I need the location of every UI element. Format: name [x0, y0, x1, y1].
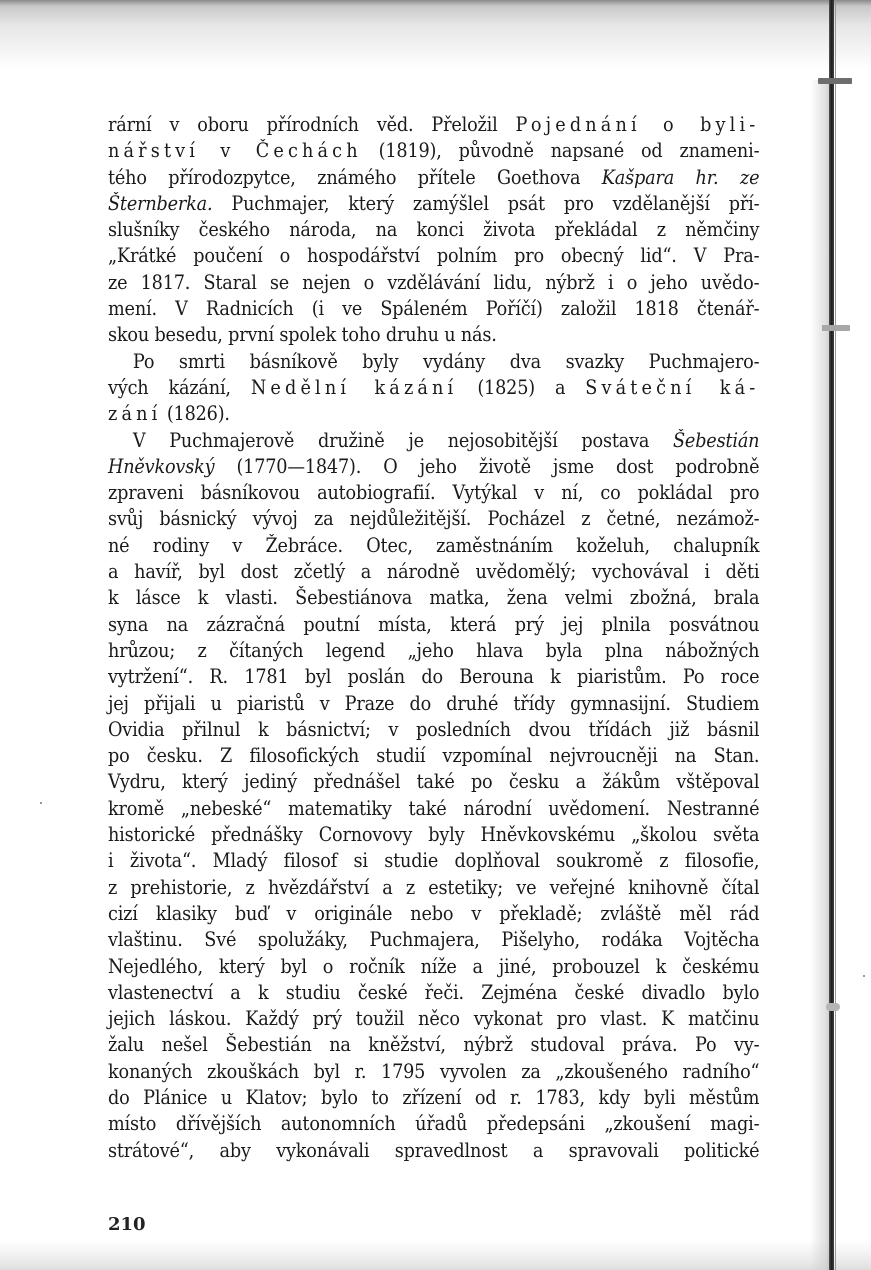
text-segment: (1826).	[161, 402, 229, 425]
scan-top-shadow	[0, 0, 871, 70]
text-line: né rodiny v Žebráce. Otec, zaměstnáním k…	[108, 533, 759, 559]
binding-staple-top	[818, 78, 852, 84]
text-segment: žalu nešel Šebestián na kněžství, nýbrž …	[108, 1033, 759, 1056]
text-segment: strátové“, aby vykonávali spravedlnost a…	[108, 1139, 759, 1162]
text-line: syna na zázračná poutní místa, která prý…	[108, 612, 759, 638]
italic-text-segment: Šternberka.	[108, 192, 212, 215]
text-segment: Po smrti básníkově byly vydány dva svazk…	[133, 350, 760, 373]
text-segment: Puchmajer, který zamýšlel psát pro vzděl…	[212, 192, 759, 215]
text-segment: „Krátké poučení o hospodářství polním pr…	[108, 244, 759, 267]
text-line: Nejedlého, který byl o ročník níže a jin…	[108, 954, 759, 980]
text-segment: svůj básnický vývoj za nejdůležitější. P…	[108, 507, 759, 530]
text-segment: V Puchmajerově družině je nejosobitější …	[133, 429, 673, 452]
italic-text-segment: Šebestián	[673, 429, 759, 452]
text-segment: cizí klasiky buď v originále nebo v přek…	[108, 902, 759, 925]
text-segment: (1770—1847). O jeho životě jsme dost pod…	[214, 455, 759, 478]
text-line: místo dřívějších autonomních úřadů přede…	[108, 1111, 759, 1137]
text-line: vých kázání, Nedělní kázání (1825) a Svá…	[108, 375, 759, 401]
text-segment: vytržení“. R. 1781 byl poslán do Berouna…	[108, 665, 759, 688]
text-line: kromě „nebeské“ matematiky také národní …	[108, 796, 759, 822]
text-line: zpraveni básníkovou autobiografií. Vytýk…	[108, 480, 759, 506]
text-line: jejich láskou. Každý prý toužil něco vyk…	[108, 1006, 759, 1032]
text-segment: z prehistorie, z hvězdářství a z estetik…	[108, 876, 759, 899]
text-segment: skou besedu, první spolek toho druhu u n…	[108, 323, 497, 346]
text-segment: zpraveni básníkovou autobiografií. Vytýk…	[108, 481, 759, 504]
page-number: 210	[108, 1214, 146, 1235]
text-line: ze 1817. Staral se nejen o vzdělávání li…	[108, 270, 759, 296]
text-segment: mení. V Radnicích (i ve Spáleném Poříčí)…	[108, 297, 759, 320]
scan-speck	[863, 975, 865, 977]
text-segment: Ovidia přilnul k básnictví; v posledních…	[108, 718, 759, 741]
text-line: žalu nešel Šebestián na kněžství, nýbrž …	[108, 1032, 759, 1058]
binding-staple-middle	[822, 325, 850, 331]
text-line: nářství v Čechách (1819), původně napsan…	[108, 138, 759, 164]
text-segment: slušníky českého národa, na konci života…	[108, 218, 759, 241]
text-line: V Puchmajerově družině je nejosobitější …	[108, 428, 759, 454]
spaced-title-segment: Pojednání o byli-	[516, 113, 760, 136]
text-segment: jej přijali u piaristů v Praze do druhé …	[108, 692, 759, 715]
text-segment: po česku. Z filosofických studií vzpomín…	[108, 744, 759, 767]
book-binding-edge-highlight	[835, 0, 836, 1270]
text-segment: do Plánice u Klatov; bylo to zřízení od …	[108, 1086, 759, 1109]
text-line: konaných zkouškách byl r. 1795 vyvolen z…	[108, 1059, 759, 1085]
text-line: Vydru, který jediný přednášel také po če…	[108, 769, 759, 795]
text-line: i života“. Mladý filosof si studie doplň…	[108, 848, 759, 874]
text-segment: kromě „nebeské“ matematiky také národní …	[108, 797, 759, 820]
text-segment: vlaštinu. Své spolužáky, Puchmajera, Piš…	[108, 928, 759, 951]
text-line: z prehistorie, z hvězdářství a z estetik…	[108, 875, 759, 901]
text-segment: i života“. Mladý filosof si studie doplň…	[108, 849, 759, 872]
page-body-text: rární v oboru přírodních věd. Přeložil P…	[108, 112, 760, 1164]
text-line: strátové“, aby vykonávali spravedlnost a…	[108, 1138, 759, 1164]
text-line: vlaštinu. Své spolužáky, Puchmajera, Piš…	[108, 927, 759, 953]
spaced-title-segment: Nedělní kázání	[251, 376, 458, 399]
text-line: do Plánice u Klatov; bylo to zřízení od …	[108, 1085, 759, 1111]
text-segment: místo dřívějších autonomních úřadů přede…	[108, 1112, 759, 1135]
text-segment: vlastenectví a k studiu české řeči. Zejm…	[108, 981, 759, 1004]
book-binding-edge	[829, 0, 834, 1270]
text-line: slušníky českého národa, na konci života…	[108, 217, 759, 243]
text-line: jej přijali u piaristů v Praze do druhé …	[108, 691, 759, 717]
text-segment: Nejedlého, který byl o ročník níže a jin…	[108, 955, 759, 978]
text-line: svůj básnický vývoj za nejdůležitější. P…	[108, 506, 759, 532]
text-segment: a havíř, byl dost zčetlý a národně uvědo…	[108, 560, 759, 583]
italic-text-segment: Hněvkovský	[108, 455, 214, 478]
text-segment: konaných zkouškách byl r. 1795 vyvolen z…	[108, 1060, 759, 1083]
text-segment: Vydru, který jediný přednášel také po če…	[108, 770, 759, 793]
text-segment: (1819), původně napsané od znameni-	[362, 139, 760, 162]
text-line: Šternberka. Puchmajer, který zamýšlel ps…	[108, 191, 759, 217]
text-segment: vých kázání,	[108, 376, 251, 399]
text-segment: rární v oboru přírodních věd. Přeložil	[108, 113, 516, 136]
text-line: skou besedu, první spolek toho druhu u n…	[108, 322, 759, 348]
text-line: k lásce k vlasti. Šebestiánova matka, že…	[108, 585, 759, 611]
italic-text-segment: Kašpara hr. ze	[602, 166, 760, 189]
text-segment: syna na zázračná poutní místa, která prý…	[108, 613, 759, 636]
spaced-title-segment: zání	[108, 402, 161, 425]
text-segment: né rodiny v Žebráce. Otec, zaměstnáním k…	[108, 534, 759, 557]
text-line: Hněvkovský (1770—1847). O jeho životě js…	[108, 454, 759, 480]
text-line: vlastenectví a k studiu české řeči. Zejm…	[108, 980, 759, 1006]
text-line: hrůzou; z čítaných legend „jeho hlava by…	[108, 638, 759, 664]
spaced-title-segment: Sváteční ká-	[585, 376, 759, 399]
text-line: zání (1826).	[108, 401, 759, 427]
text-line: „Krátké poučení o hospodářství polním pr…	[108, 243, 759, 269]
text-line: Po smrti básníkově byly vydány dva svazk…	[108, 349, 759, 375]
text-line: mení. V Radnicích (i ve Spáleném Poříčí)…	[108, 296, 759, 322]
text-segment: (1825) a	[457, 376, 585, 399]
text-line: historické přednášky Cornovovy byly Hněv…	[108, 822, 759, 848]
text-segment: tého přírodozpytce, známého přítele Goet…	[108, 166, 602, 189]
text-line: tého přírodozpytce, známého přítele Goet…	[108, 165, 759, 191]
text-line: po česku. Z filosofických studií vzpomín…	[108, 743, 759, 769]
text-segment: historické přednášky Cornovovy byly Hněv…	[108, 823, 759, 846]
text-line: cizí klasiky buď v originále nebo v přek…	[108, 901, 759, 927]
scan-speck	[40, 802, 42, 804]
scan-bottom-shadow	[0, 1240, 871, 1270]
spaced-title-segment: nářství v Čechách	[108, 139, 362, 162]
text-segment: ze 1817. Staral se nejen o vzdělávání li…	[108, 271, 759, 294]
text-segment: k lásce k vlasti. Šebestiánova matka, že…	[108, 586, 759, 609]
text-line: a havíř, byl dost zčetlý a národně uvědo…	[108, 559, 759, 585]
text-line: vytržení“. R. 1781 byl poslán do Berouna…	[108, 664, 759, 690]
text-segment: hrůzou; z čítaných legend „jeho hlava by…	[108, 639, 759, 662]
text-line: Ovidia přilnul k básnictví; v posledních…	[108, 717, 759, 743]
text-line: rární v oboru přírodních věd. Přeložil P…	[108, 112, 759, 138]
text-segment: jejich láskou. Každý prý toužil něco vyk…	[108, 1007, 759, 1030]
binding-staple-bottom	[826, 1003, 840, 1011]
